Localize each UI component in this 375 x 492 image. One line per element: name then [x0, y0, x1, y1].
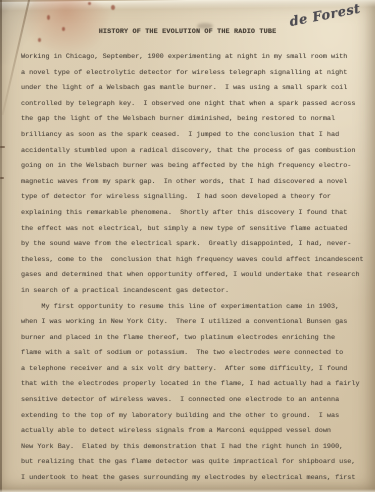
document-title: HISTORY OF THE EVOLUTION OF THE RADIO TU… — [0, 28, 375, 36]
stain-speck — [88, 2, 91, 5]
page-left-edge — [0, 0, 2, 492]
stain-speck — [38, 38, 41, 42]
typewritten-body-text: Working in Chicago, September, 1900 expe… — [21, 50, 366, 487]
stain-speck — [47, 15, 50, 20]
stain-speck — [111, 5, 115, 10]
scanned-document-page: de Forest HISTORY OF THE EVOLUTION OF TH… — [0, 0, 375, 492]
